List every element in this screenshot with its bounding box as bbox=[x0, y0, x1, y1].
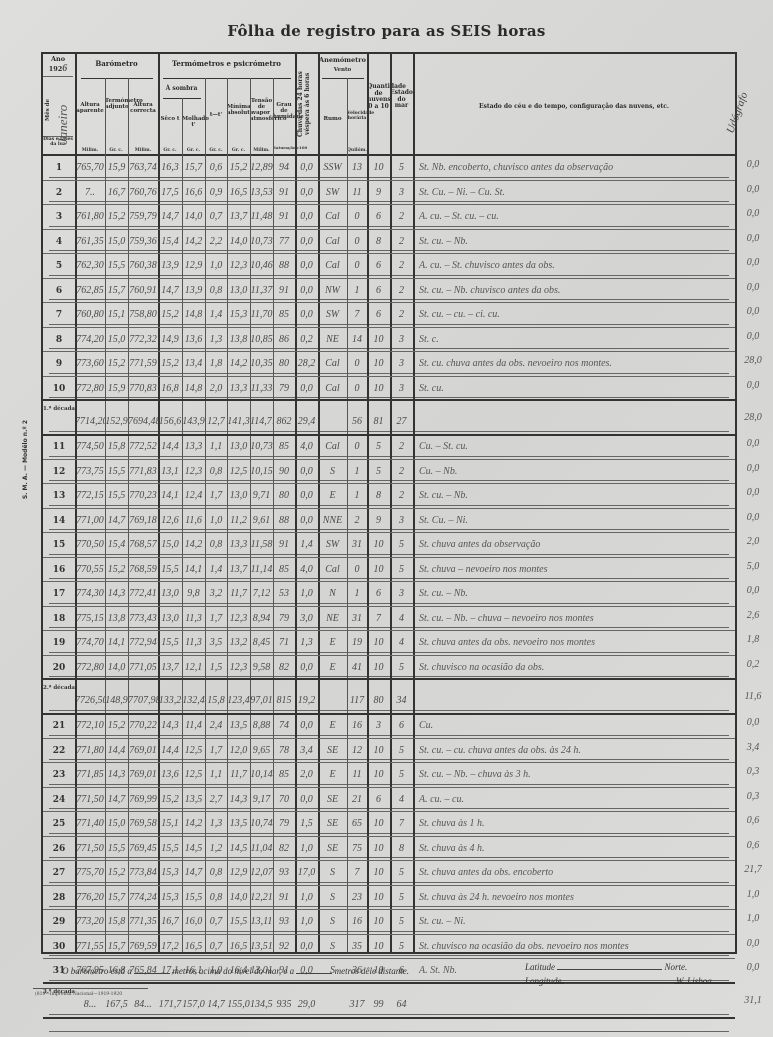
decade-total-row: 2.ª década7726,50148,97707,98133,2132,41… bbox=[43, 679, 735, 713]
table-row: 16770,5515,2768,5915,514,11,413,711,1485… bbox=[43, 557, 735, 582]
register-table: Ano 1926 Mês de Janeiro Dias e fases da … bbox=[41, 52, 737, 954]
udograph-value: 0,0 bbox=[733, 184, 773, 195]
decade-total-row: 1.ª década7714,20152,97694,48156,6143,91… bbox=[43, 400, 735, 434]
col-grau-humidade: Grau de humidade bbox=[273, 102, 295, 120]
altitude-blank[interactable] bbox=[134, 973, 170, 974]
table-row: 14771,0014,7769,1812,611,61,011,29,61880… bbox=[43, 508, 735, 533]
udograph-value: 0,0 bbox=[733, 306, 773, 317]
tt-cell: 14,7 bbox=[205, 983, 227, 1017]
udograph-value: 28,0 bbox=[733, 355, 773, 366]
table-row: 28776,2015,7774,2415,315,50,814,012,2191… bbox=[43, 885, 735, 910]
term-cell: 152,9 bbox=[105, 400, 128, 434]
table-row: 24771,5014,7769,9915,213,52,714,39,17700… bbox=[43, 787, 735, 812]
col-velocidade: Velocidade horária bbox=[347, 112, 367, 122]
days-label: Dias e fases da lua bbox=[43, 138, 73, 148]
month-value: Janeiro bbox=[55, 84, 71, 144]
nuv-cell: 99 bbox=[367, 983, 390, 1017]
udograph-value: 11,6 bbox=[733, 691, 773, 702]
sky-description-cell bbox=[413, 679, 741, 713]
udograph-value: 0,0 bbox=[733, 962, 773, 973]
nuv-cell: 81 bbox=[367, 400, 390, 434]
udograph-value: 0,0 bbox=[733, 257, 773, 268]
tensao-cell: 134,50 bbox=[250, 983, 273, 1017]
table-row: 17774,3014,3772,4113,09,83,211,77,12531,… bbox=[43, 581, 735, 606]
vel-cell: 317 bbox=[347, 983, 367, 1017]
page-title: Fôlha de registro para as SEIS horas bbox=[0, 22, 773, 40]
table-row: 4761,3515,0759,3615,414,22,214,010,73770… bbox=[43, 229, 735, 254]
table-row: 5762,3015,5760,3813,912,91,012,310,46880… bbox=[43, 253, 735, 278]
tt-cell: 12,7 bbox=[205, 400, 227, 434]
seco-cell: 156,6 bbox=[158, 400, 182, 434]
col-mar: Estado do mar bbox=[390, 90, 413, 110]
table-row: 21772,1015,2770,2214,311,42,413,58,88740… bbox=[43, 713, 735, 738]
udograph-value: 0,0 bbox=[733, 282, 773, 293]
udograph-value: 0,0 bbox=[733, 233, 773, 244]
thermometer-group: Termómetros e psicrómetro bbox=[158, 60, 295, 68]
table-row: 19774,7014,1772,9415,511,33,513,28,45711… bbox=[43, 630, 735, 655]
blank-row bbox=[43, 1017, 735, 1037]
chuva-cell: 19,2 bbox=[295, 679, 318, 713]
udograph-value: 0,0 bbox=[733, 585, 773, 596]
latitude-blank[interactable] bbox=[557, 969, 662, 970]
col-t-diff: t—t' bbox=[205, 112, 227, 118]
col-seco: Sêco t bbox=[158, 116, 182, 122]
year-label: Ano 1926 bbox=[43, 56, 73, 74]
table-row: 23771,8514,3769,0113,612,51,111,710,1485… bbox=[43, 762, 735, 787]
udograph-value: 0,6 bbox=[733, 840, 773, 851]
table-row: 13772,1515,5770,2314,112,41,713,09,71800… bbox=[43, 483, 735, 508]
molh-cell: 143,9 bbox=[182, 400, 205, 434]
mar-cell: 34 bbox=[390, 679, 413, 713]
rumo-cell bbox=[318, 679, 347, 713]
month-label: Mês de bbox=[45, 80, 51, 140]
chuva-cell: 29,0 bbox=[295, 983, 318, 1017]
table-row: 26771,5015,5769,4515,514,51,214,511,0482… bbox=[43, 836, 735, 861]
shade-subgroup: À sombra bbox=[158, 86, 205, 93]
chuva-cell: 29,4 bbox=[295, 400, 318, 434]
udograph-value: 1,0 bbox=[733, 913, 773, 924]
sky-description-cell bbox=[413, 983, 741, 1017]
mar-cell: 64 bbox=[390, 983, 413, 1017]
table-row: 18775,1513,8773,4313,011,31,712,38,94793… bbox=[43, 606, 735, 631]
udograph-value: 0,0 bbox=[733, 938, 773, 949]
udograph-value: 0,0 bbox=[733, 463, 773, 474]
udograph-value: 3,4 bbox=[733, 742, 773, 753]
table-row: 1765,7015,9763,7416,315,70,615,212,89940… bbox=[43, 155, 735, 180]
udograph-value: 0,0 bbox=[733, 717, 773, 728]
table-row: 27..16,7760,7617,516,60,916,513,53910,0S… bbox=[43, 180, 735, 205]
udograph-value: 0,6 bbox=[733, 815, 773, 826]
col-altura-correcta: Altura correcta bbox=[128, 102, 158, 114]
term-cell: 148,9 bbox=[105, 679, 128, 713]
table-row: 30771,5515,7769,5917,216,50,716,513,5192… bbox=[43, 934, 735, 959]
table-row: 22771,8014,4769,0114,412,51,712,09,65783… bbox=[43, 738, 735, 763]
molh-cell: 157,0 bbox=[182, 983, 205, 1017]
rumo-cell bbox=[318, 983, 347, 1017]
udograph-value: 2,0 bbox=[733, 536, 773, 547]
tt-cell: 15,8 bbox=[205, 679, 227, 713]
grau-cell: 815 bbox=[273, 679, 295, 713]
col-chuva: Chuva das 24 horas véspera às 6 horas bbox=[297, 60, 317, 148]
udograph-value: 0,0 bbox=[733, 159, 773, 170]
anemometer-group: Anemómetro bbox=[318, 57, 367, 64]
alt-ap-cell: 7726,50 bbox=[75, 679, 105, 713]
udograph-value: 0,3 bbox=[733, 791, 773, 802]
col-altura-aparente: Altura aparente bbox=[75, 102, 105, 114]
table-row: 20772,8014,0771,0513,712,11,512,39,58820… bbox=[43, 655, 735, 680]
alt-cor-cell: 7694,48 bbox=[128, 400, 158, 434]
udograph-value: 0,0 bbox=[733, 438, 773, 449]
table-row: 25771,4015,0769,5815,114,21,313,510,7479… bbox=[43, 811, 735, 836]
col-nuvens: Quantidade de nuvens 0 a 10 bbox=[367, 84, 390, 110]
form-model-label: S. M. A. — Modêlo n.º 2 bbox=[22, 420, 29, 499]
mar-cell: 27 bbox=[390, 400, 413, 434]
udograph-value: 0,3 bbox=[733, 766, 773, 777]
udograph-value: 0,0 bbox=[733, 208, 773, 219]
sky-description-cell bbox=[413, 400, 741, 434]
grau-cell: 862 bbox=[273, 400, 295, 434]
latitude-field: Latitude Norte. bbox=[525, 962, 687, 972]
table-row: 12773,7515,5771,8313,112,30,812,510,1590… bbox=[43, 459, 735, 484]
seco-cell: 171,7 bbox=[158, 983, 182, 1017]
alt-ap-cell: 7714,20 bbox=[75, 400, 105, 434]
longitude-field: Longitude W. Lisboa. bbox=[525, 976, 714, 986]
udograph-value: 1,8 bbox=[733, 634, 773, 645]
udograph-value: 0,2 bbox=[733, 659, 773, 670]
col-termometro-adjunto: Termómetro adjunto bbox=[105, 98, 127, 110]
col-tensao: Tensão de vapor atmosférico bbox=[250, 98, 273, 122]
col-minima: Mínima absoluta bbox=[227, 104, 250, 116]
table-row: 27775,7015,2773,8415,314,70,812,912,0793… bbox=[43, 860, 735, 885]
min-cell: 155,0 bbox=[227, 983, 250, 1017]
molh-cell: 132,4 bbox=[182, 679, 205, 713]
nuv-cell: 80 bbox=[367, 679, 390, 713]
table-row: 6762,8515,7760,9114,713,90,813,011,37910… bbox=[43, 278, 735, 303]
udograph-value: 28,0 bbox=[733, 412, 773, 423]
col-rumo: Rumo bbox=[318, 116, 347, 122]
barometer-group: Barómetro bbox=[75, 60, 158, 68]
udograph-value: 2,6 bbox=[733, 610, 773, 621]
document-page: Fôlha de registro para as SEIS horas S. … bbox=[0, 0, 773, 1037]
wind-subgroup: Vento bbox=[318, 67, 367, 73]
tensao-cell: 97,01 bbox=[250, 679, 273, 713]
rumo-cell bbox=[318, 400, 347, 434]
col-molhado: Molhado t' bbox=[182, 116, 205, 128]
printer-info: (819—Imprensa Nacional—1919-1920 bbox=[35, 992, 122, 997]
min-cell: 141,3 bbox=[227, 400, 250, 434]
vel-cell: 56 bbox=[347, 400, 367, 434]
udograph-value: 0,0 bbox=[733, 487, 773, 498]
table-row: 3761,8015,2759,7914,714,00,713,711,48910… bbox=[43, 204, 735, 229]
table-row: 7760,8015,1758,8015,214,81,415,311,70850… bbox=[43, 302, 735, 327]
col-estado-ceu: Estado do céu e do tempo, configuração d… bbox=[413, 104, 735, 111]
udograph-value: 21,7 bbox=[733, 864, 773, 875]
grau-cell: 935 bbox=[273, 983, 295, 1017]
udograph-value: 5,0 bbox=[733, 561, 773, 572]
table-row: 11774,5015,8772,5214,413,31,113,010,7385… bbox=[43, 434, 735, 459]
vel-cell: 117 bbox=[347, 679, 367, 713]
longitude-blank[interactable] bbox=[564, 983, 674, 984]
table-row: 9773,6015,2771,5915,213,41,814,210,35802… bbox=[43, 351, 735, 376]
table-row: 8774,2015,0772,3214,913,61,313,810,85860… bbox=[43, 327, 735, 352]
udograph-value: 31,1 bbox=[733, 995, 773, 1006]
tensao-cell: 114,71 bbox=[250, 400, 273, 434]
min-cell: 123,4 bbox=[227, 679, 250, 713]
udograph-value: 1,0 bbox=[733, 889, 773, 900]
barometer-note: O barómetro está a metros acima do nível… bbox=[62, 966, 409, 976]
udograph-value: 0,0 bbox=[733, 331, 773, 342]
table-row: 15770,5015,4768,5715,014,20,813,311,5891… bbox=[43, 532, 735, 557]
table-row: 29773,2015,8771,3516,716,00,715,513,1193… bbox=[43, 909, 735, 934]
seco-cell: 133,2 bbox=[158, 679, 182, 713]
udograph-value: 0,0 bbox=[733, 380, 773, 391]
udograph-value: 0,0 bbox=[733, 512, 773, 523]
alt-cor-cell: 7707,98 bbox=[128, 679, 158, 713]
table-row: 10772,8015,9770,8316,814,82,013,311,3379… bbox=[43, 376, 735, 401]
distance-blank[interactable] bbox=[296, 973, 332, 974]
